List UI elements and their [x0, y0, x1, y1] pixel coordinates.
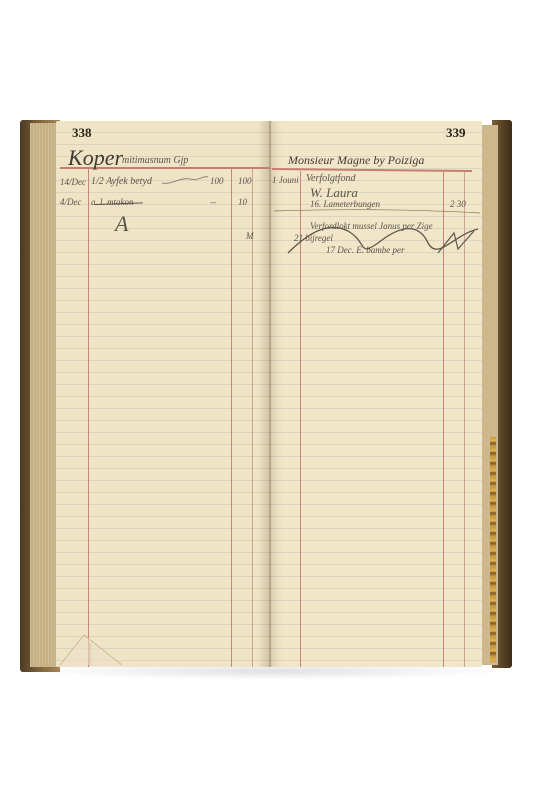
entry-description: Verfolgtfond: [306, 173, 355, 184]
entry-date: 4/Dec: [60, 197, 82, 207]
handwritten-mark: A: [115, 211, 128, 237]
heading-right: Monsieur Magne by Poiziga: [288, 153, 424, 168]
page-number-right: 339: [446, 125, 466, 141]
heading-sub-left: mitimasnum Gjp: [122, 155, 188, 166]
entry-date: 1 Jouni: [272, 175, 299, 185]
folded-corner-icon: [56, 629, 126, 669]
pen-flourish: [160, 173, 210, 187]
amount-column-rule-left-2: [252, 169, 253, 667]
crossed-out-scribble: [278, 213, 488, 263]
date-column-rule-left: [88, 169, 89, 667]
entry-amount: 100: [238, 176, 252, 186]
entry-amount: 100: [210, 176, 224, 186]
ledger-book: 338 Koper mitimasnum Gjp 14/Dec 1/2 Ayfe…: [20, 117, 512, 672]
heading-initial: K: [68, 145, 83, 170]
amount-column-rule-left: [231, 169, 232, 667]
margin-note: M: [246, 231, 254, 241]
entry-date: 14/Dec: [60, 177, 86, 187]
page-number-left: 338: [72, 125, 92, 141]
heading-rest: oper: [83, 145, 123, 170]
entry-amount: --: [210, 197, 216, 207]
heading-initial-left: Koper: [68, 145, 123, 171]
entry-amount: 10: [238, 197, 247, 207]
entry-description: 1/2 Ayfek betyd: [91, 176, 152, 187]
book-gutter: [258, 121, 282, 667]
gilt-edge: [490, 437, 496, 662]
